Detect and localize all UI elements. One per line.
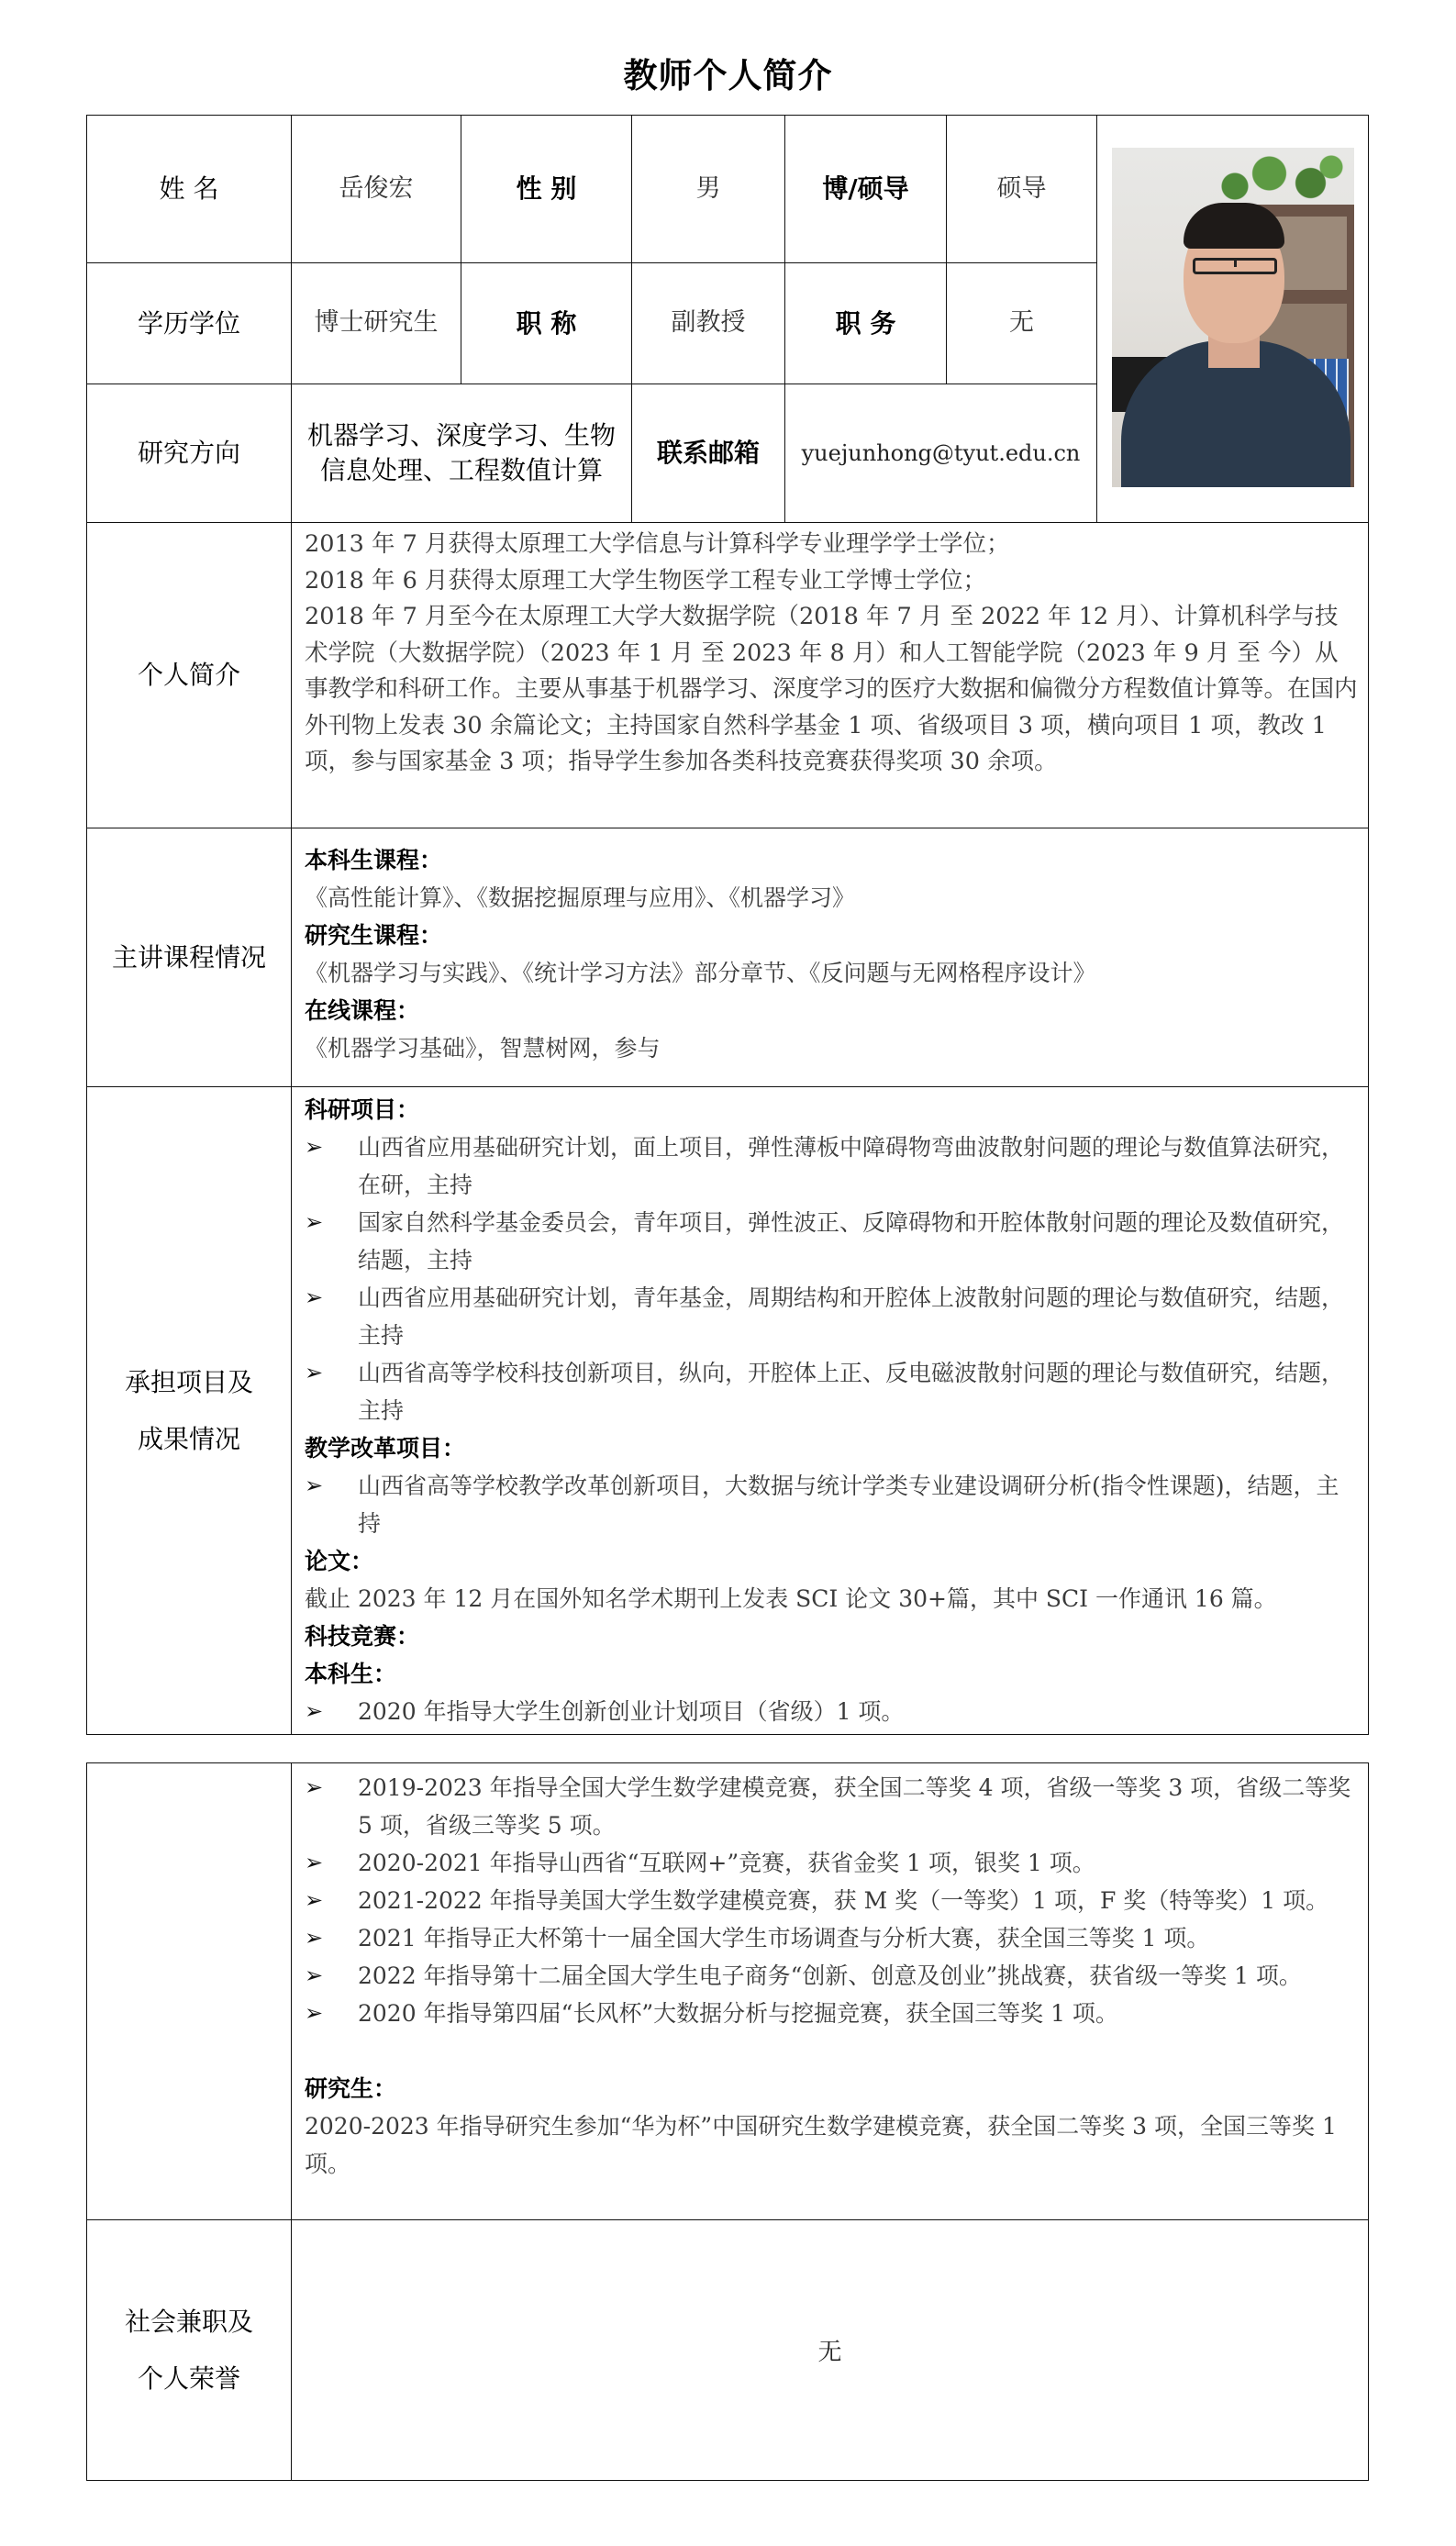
position-value: 无 — [947, 263, 1097, 384]
list-item: ➢2019-2023 年指导全国大学生数学建模竞赛，获全国二等奖 4 项，省级一… — [305, 1769, 1359, 1844]
list-item: ➢山西省应用基础研究计划，青年基金，周期结构和开腔体上波散射问题的理论与数值研究… — [305, 1279, 1359, 1354]
list-item: ➢2020-2021 年指导山西省“互联网+”竞赛，获省金奖 1 项，银奖 1 … — [305, 1844, 1359, 1882]
arrow-bullet-icon: ➢ — [305, 1128, 323, 1166]
projects-label-continued — [87, 1763, 292, 2220]
undergrad-courses-heading: 本科生课程： — [305, 841, 1359, 879]
competition-heading: 科技竞赛： — [305, 1618, 1359, 1655]
list-item: ➢2020 年指导大学生创新创业计划项目（省级）1 项。 — [305, 1693, 1359, 1730]
list-item: ➢国家自然科学基金委员会，青年项目，弹性波正、反障碍物和开腔体散射问题的理论及数… — [305, 1204, 1359, 1279]
research-value: 机器学习、深度学习、生物信息处理、工程数值计算 — [292, 384, 632, 523]
list-item: ➢2021 年指导正大杯第十一届全国大学生市场调查与分析大赛，获全国三等奖 1 … — [305, 1919, 1359, 1957]
gender-label: 性 别 — [461, 116, 632, 263]
papers-text: 截止 2023 年 12 月在国外知名学术期刊上发表 SCI 论文 30+篇，其… — [305, 1580, 1359, 1618]
degree-label: 学历学位 — [87, 263, 292, 384]
undergrad-competition-heading: 本科生： — [305, 1655, 1359, 1693]
online-courses-heading: 在线课程： — [305, 992, 1359, 1029]
grad-courses-list: 《机器学习与实践》、《统计学习方法》部分章节、《反问题与无网格程序设计》 — [305, 954, 1359, 992]
arrow-bullet-icon: ➢ — [305, 1919, 323, 1957]
portrait-photo-icon — [1112, 148, 1354, 487]
name-value: 岳俊宏 — [292, 116, 461, 263]
research-projects-list: ➢山西省应用基础研究计划，面上项目，弹性薄板中障碍物弯曲波散射问题的理论与数值算… — [305, 1128, 1359, 1429]
grad-competition-text: 2020-2023 年指导研究生参加“华为杯”中国研究生数学建模竞赛，获全国二等… — [305, 2107, 1359, 2183]
list-item: ➢2021-2022 年指导美国大学生数学建模竞赛，获 M 奖（一等奖）1 项，… — [305, 1882, 1359, 1919]
research-projects-heading: 科研项目： — [305, 1091, 1359, 1128]
teaching-projects-heading: 教学改革项目： — [305, 1429, 1359, 1467]
honors-label: 社会兼职及 个人荣誉 — [87, 2220, 292, 2481]
list-item: ➢山西省高等学校科技创新项目，纵向，开腔体上正、反电磁波散射问题的理论与数值研究… — [305, 1354, 1359, 1429]
email-label: 联系邮箱 — [632, 384, 785, 523]
list-item: ➢2020 年指导第四届“长风杯”大数据分析与挖掘竞赛，获全国三等奖 1 项。 — [305, 1995, 1359, 2032]
arrow-bullet-icon: ➢ — [305, 1354, 323, 1392]
list-item: ➢2022 年指导第十二届全国大学生电子商务“创新、创意及创业”挑战赛，获省级一… — [305, 1957, 1359, 1995]
arrow-bullet-icon: ➢ — [305, 1769, 323, 1807]
profile-paragraph: 2018 年 6 月获得太原理工大学生物医学工程专业工学博士学位； — [305, 563, 1359, 600]
courses-label: 主讲课程情况 — [87, 828, 292, 1087]
list-item: ➢山西省高等学校教学改革创新项目，大数据与统计学类专业建设调研分析(指令性课题)… — [305, 1467, 1359, 1542]
profile-label: 个人简介 — [87, 523, 292, 828]
arrow-bullet-icon: ➢ — [305, 1957, 323, 1995]
papers-heading: 论文： — [305, 1542, 1359, 1580]
grad-courses-heading: 研究生课程： — [305, 917, 1359, 954]
arrow-bullet-icon: ➢ — [305, 1693, 323, 1730]
profile-paragraph: 2013 年 7 月获得太原理工大学信息与计算科学专业理学学士学位； — [305, 527, 1359, 563]
undergrad-competition-list-continued: ➢2019-2023 年指导全国大学生数学建模竞赛，获全国二等奖 4 项，省级一… — [305, 1769, 1359, 2032]
profile-content: 2013 年 7 月获得太原理工大学信息与计算科学专业理学学士学位； 2018 … — [292, 523, 1369, 828]
profile-paragraph: 2018 年 7 月至今在太原理工大学大数据学院（2018 年 7 月 至 20… — [305, 599, 1359, 781]
list-item: ➢山西省应用基础研究计划，面上项目，弹性薄板中障碍物弯曲波散射问题的理论与数值算… — [305, 1128, 1359, 1204]
projects-label-line2: 成果情况 — [87, 1411, 291, 1468]
projects-label: 承担项目及 成果情况 — [87, 1087, 292, 1735]
profile-table: 姓 名 岳俊宏 性 别 男 博/硕导 硕导 学历学位 博士研究生 职 称 — [86, 115, 1369, 1735]
arrow-bullet-icon: ➢ — [305, 1844, 323, 1882]
supervisor-value: 硕导 — [947, 116, 1097, 263]
arrow-bullet-icon: ➢ — [305, 1995, 323, 2032]
arrow-bullet-icon: ➢ — [305, 1279, 323, 1317]
profile-table-continued: ➢2019-2023 年指导全国大学生数学建模竞赛，获全国二等奖 4 项，省级一… — [86, 1762, 1369, 2481]
degree-value: 博士研究生 — [292, 263, 461, 384]
photo-cell — [1097, 116, 1369, 523]
projects-content: 科研项目： ➢山西省应用基础研究计划，面上项目，弹性薄板中障碍物弯曲波散射问题的… — [292, 1087, 1369, 1735]
projects-label-line1: 承担项目及 — [87, 1354, 291, 1411]
supervisor-label: 博/硕导 — [785, 116, 947, 263]
arrow-bullet-icon: ➢ — [305, 1204, 323, 1241]
honors-label-line1: 社会兼职及 — [87, 2294, 291, 2351]
undergrad-courses-list: 《高性能计算》、《数据挖掘原理与应用》、《机器学习》 — [305, 879, 1359, 917]
grad-competition-heading: 研究生： — [305, 2070, 1359, 2107]
name-label: 姓 名 — [87, 116, 292, 263]
teaching-projects-list: ➢山西省高等学校教学改革创新项目，大数据与统计学类专业建设调研分析(指令性课题)… — [305, 1467, 1359, 1542]
competition-content: ➢2019-2023 年指导全国大学生数学建模竞赛，获全国二等奖 4 项，省级一… — [292, 1763, 1369, 2220]
page-title: 教师个人简介 — [0, 48, 1456, 97]
position-label: 职 务 — [785, 263, 947, 384]
undergrad-competition-list: ➢2020 年指导大学生创新创业计划项目（省级）1 项。 — [305, 1693, 1359, 1730]
honors-value: 无 — [292, 2220, 1369, 2481]
research-label: 研究方向 — [87, 384, 292, 523]
courses-content: 本科生课程： 《高性能计算》、《数据挖掘原理与应用》、《机器学习》 研究生课程：… — [292, 828, 1369, 1087]
arrow-bullet-icon: ➢ — [305, 1882, 323, 1919]
honors-label-line2: 个人荣誉 — [87, 2351, 291, 2407]
title-value: 副教授 — [632, 263, 785, 384]
gender-value: 男 — [632, 116, 785, 263]
arrow-bullet-icon: ➢ — [305, 1467, 323, 1505]
title-label: 职 称 — [461, 263, 632, 384]
online-courses-list: 《机器学习基础》，智慧树网，参与 — [305, 1029, 1359, 1067]
email-value: yuejunhong@tyut.edu.cn — [785, 384, 1097, 523]
